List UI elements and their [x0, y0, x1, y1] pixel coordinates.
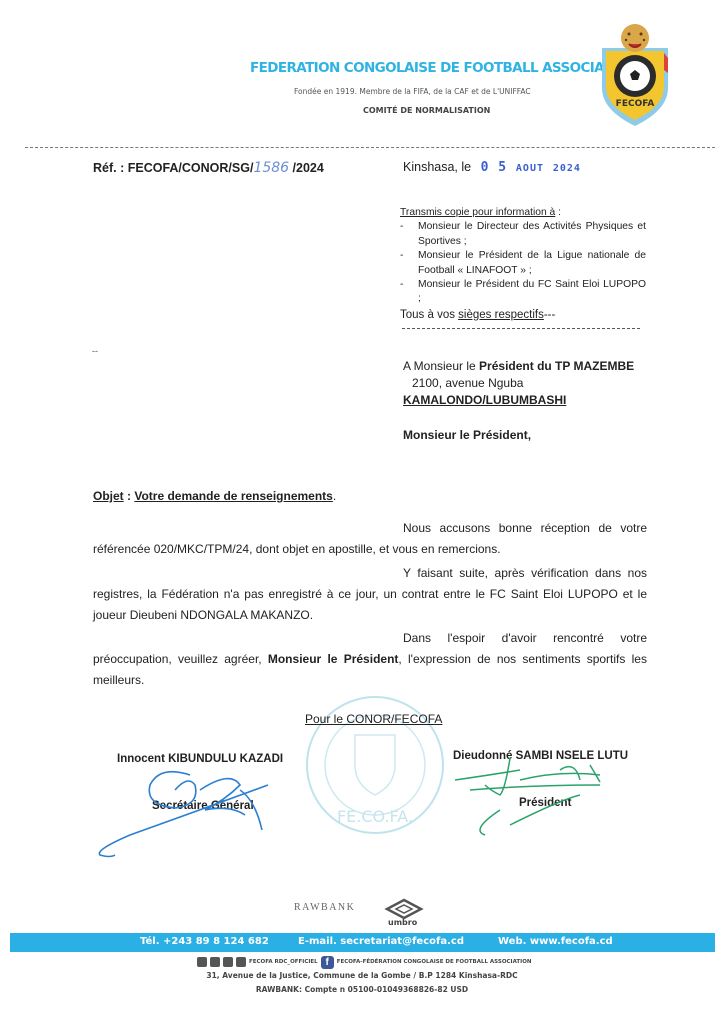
sponsor-rawbank: RAWBANK [294, 902, 355, 913]
sponsor-umbro: umbro [388, 918, 417, 927]
header-divider [25, 147, 715, 148]
body-paragraph-3: Dans l'espoir d'avoir rencontré votre pr… [93, 628, 647, 691]
place-date: Kinshasa, le 0 5 AOUT 2024 [403, 160, 581, 175]
svg-text:FECOFA: FECOFA [616, 99, 655, 109]
subject-line: Objet : Votre demande de renseignements. [93, 489, 336, 503]
youtube-icon[interactable] [210, 957, 220, 967]
secretary-name: Innocent KIBUNDULU KAZADI [117, 753, 283, 765]
copy-recipient: Monsieur le Président de la Ligue nation… [400, 249, 646, 278]
facebook-icon[interactable]: f [321, 956, 334, 969]
stray-mark: -- [92, 346, 98, 356]
body-paragraph-2: Y faisant suite, après vérification dans… [93, 563, 647, 626]
contact-bar: Tél. +243 89 8 124 682 E-mail. secretari… [10, 933, 715, 952]
secretary-title: Secrétaire Général [152, 800, 254, 812]
on-behalf-label: Pour le CONOR/FECOFA [305, 712, 442, 726]
svg-text:FE.CO.FA.: FE.CO.FA. [337, 807, 413, 826]
body-paragraph-1: Nous accusons bonne réception de votre r… [93, 518, 647, 560]
organization-subtitle: Fondée en 1919. Membre de la FIFA, de la… [294, 87, 531, 96]
committee-name: COMITÉ DE NORMALISATION [363, 106, 490, 115]
phone: Tél. +243 89 8 124 682 [140, 936, 269, 947]
salutation: Monsieur le Président, [403, 428, 531, 442]
copy-divider [402, 328, 640, 329]
facebook-page[interactable]: FECOFA-FÉDÉRATION CONGOLAISE DE FOOTBALL… [337, 959, 532, 965]
fecofa-logo-icon: FECOFA [596, 18, 674, 130]
email-link[interactable]: E-mail. secretariat@fecofa.cd [298, 936, 464, 947]
copy-footer: Tous à vos sièges respectifs--- [400, 308, 646, 322]
social-handle[interactable]: FECOFA RDC_OFFICIEL [249, 959, 318, 965]
bank-account: RAWBANK: Compte n 05100-01049368826-82 U… [0, 985, 724, 994]
reference-number: Réf. : FECOFA/CONOR/SG/1586 /2024 [93, 160, 324, 176]
handwritten-number: 1586 [253, 160, 289, 176]
instagram-icon[interactable] [197, 957, 207, 967]
copy-recipients: Transmis copie pour information à : Mons… [400, 206, 646, 322]
twitter-icon[interactable] [223, 957, 233, 967]
addressee: A Monsieur le Président du TP MAZEMBE 21… [403, 358, 634, 409]
linkedin-icon[interactable] [236, 957, 246, 967]
postal-address: 31, Avenue de la Justice, Commune de la … [0, 971, 724, 980]
copy-recipient: Monsieur le Président du FC Saint Eloi L… [400, 278, 646, 307]
president-name: Dieudonné SAMBI NSELE LUTU [453, 750, 628, 762]
president-title: Président [519, 797, 571, 809]
copy-recipient: Monsieur le Directeur des Activités Phys… [400, 220, 646, 249]
handwritten-signatures-icon [0, 0, 724, 1024]
social-links: FECOFA RDC_OFFICIEL f FECOFA-FÉDÉRATION … [197, 955, 532, 969]
date-stamp: 0 5 AOUT 2024 [481, 160, 581, 175]
organization-name: FEDERATION CONGOLAISE DE FOOTBALL ASSOCI… [250, 60, 638, 76]
copy-title: Transmis copie pour information à [400, 207, 555, 218]
website-link[interactable]: Web. www.fecofa.cd [498, 936, 613, 947]
